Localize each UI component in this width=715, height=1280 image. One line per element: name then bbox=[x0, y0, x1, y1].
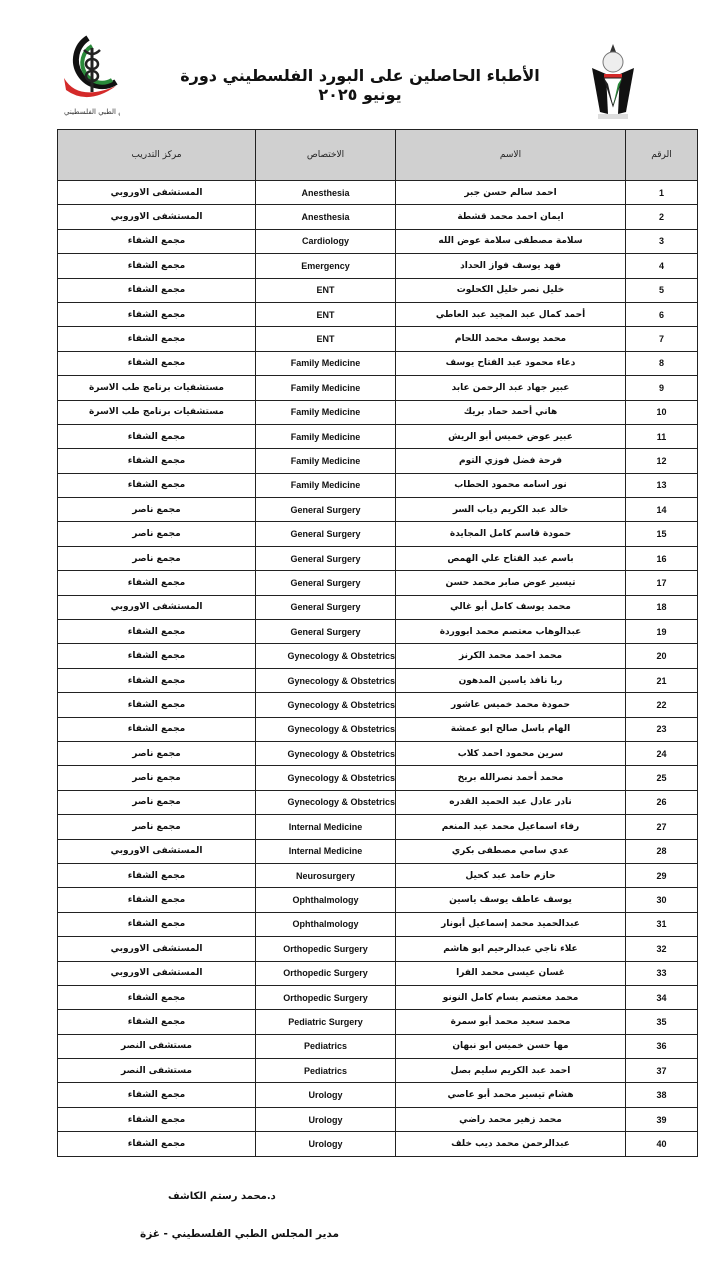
row-number: 14 bbox=[626, 498, 698, 522]
doctor-name: خالد عبد الكريم دياب السر bbox=[396, 498, 626, 522]
training-center: مستشفيات برنامج طب الاسرة bbox=[58, 376, 256, 400]
row-number: 28 bbox=[626, 839, 698, 863]
row-number: 40 bbox=[626, 1132, 698, 1156]
doctor-name: نور اسامه محمود الحطاب bbox=[396, 473, 626, 497]
doctor-name: دعاء محمود عبد الفتاح يوسف bbox=[396, 351, 626, 375]
training-center: مستشفيات برنامج طب الاسرة bbox=[58, 400, 256, 424]
doctor-name: علاء ناجي عبدالرحيم ابو هاشم bbox=[396, 937, 626, 961]
table-row: 12فرحة فضل فوزي التومFamily Medicineمجمع… bbox=[58, 449, 698, 473]
specialty: Urology bbox=[256, 1107, 396, 1131]
table-row: 15حمودة قاسم كامل المجايدةGeneral Surger… bbox=[58, 522, 698, 546]
table-row: 29حازم حامد عبد كحيلNeurosurgeryمجمع الش… bbox=[58, 863, 698, 887]
specialty: Urology bbox=[256, 1132, 396, 1156]
training-center: مجمع الشفاء bbox=[58, 351, 256, 375]
row-number: 11 bbox=[626, 424, 698, 448]
specialty: ENT bbox=[256, 278, 396, 302]
training-center: مجمع الشفاء bbox=[58, 473, 256, 497]
row-number: 18 bbox=[626, 595, 698, 619]
specialty: Family Medicine bbox=[256, 424, 396, 448]
doctor-name: حازم حامد عبد كحيل bbox=[396, 863, 626, 887]
table-row: 14خالد عبد الكريم دياب السرGeneral Surge… bbox=[58, 498, 698, 522]
table-header-row: الرقم الاسم الاختصاص مركز التدريب bbox=[58, 130, 698, 181]
row-number: 16 bbox=[626, 546, 698, 570]
training-center: المستشفى الاوروبي bbox=[58, 595, 256, 619]
doctor-name: عبدالرحمن محمد ديب خلف bbox=[396, 1132, 626, 1156]
row-number: 7 bbox=[626, 327, 698, 351]
row-number: 30 bbox=[626, 888, 698, 912]
row-number: 32 bbox=[626, 937, 698, 961]
training-center: مجمع الشفاء bbox=[58, 302, 256, 326]
table-row: 18محمد يوسف كامل أبو غاليGeneral Surgery… bbox=[58, 595, 698, 619]
specialty: Orthopedic Surgery bbox=[256, 961, 396, 985]
table-body: 1احمد سالم حسن جبرAnesthesiaالمستشفى الا… bbox=[58, 181, 698, 1157]
row-number: 19 bbox=[626, 620, 698, 644]
table-row: 2ايمان احمد محمد قشطةAnesthesiaالمستشفى … bbox=[58, 205, 698, 229]
row-number: 10 bbox=[626, 400, 698, 424]
doctor-name: نادر عادل عبد الحميد القدره bbox=[396, 790, 626, 814]
doctor-name: محمد زهير محمد راضي bbox=[396, 1107, 626, 1131]
table-row: 1احمد سالم حسن جبرAnesthesiaالمستشفى الا… bbox=[58, 181, 698, 205]
table-row: 10هاني أحمد حماد بريكFamily Medicineمستش… bbox=[58, 400, 698, 424]
doctor-name: احمد سالم حسن جبر bbox=[396, 181, 626, 205]
training-center: مجمع الشفاء bbox=[58, 424, 256, 448]
specialty: ENT bbox=[256, 302, 396, 326]
row-number: 39 bbox=[626, 1107, 698, 1131]
table-row: 27رفاء اسماعيل محمد عبد المنعمInternal M… bbox=[58, 815, 698, 839]
specialty: Ophthalmology bbox=[256, 888, 396, 912]
row-number: 23 bbox=[626, 717, 698, 741]
table-row: 30يوسف عاطف يوسف ياسينOphthalmologyمجمع … bbox=[58, 888, 698, 912]
table-row: 24سرين محمود احمد كلابGynecology & Obste… bbox=[58, 741, 698, 765]
palestine-eagle-emblem-icon bbox=[588, 40, 638, 125]
row-number: 36 bbox=[626, 1034, 698, 1058]
svg-text:المجلس الطبي الفلسطيني: المجلس الطبي الفلسطيني bbox=[64, 108, 120, 116]
specialty: Gynecology & Obstetrics bbox=[256, 668, 396, 692]
signatory-role: مدير المجلس الطبي الفلسطيني - غزة bbox=[140, 1228, 339, 1240]
training-center: مجمع الشفاء bbox=[58, 1083, 256, 1107]
row-number: 21 bbox=[626, 668, 698, 692]
doctor-name: هشام تيسير محمد أبو عاصي bbox=[396, 1083, 626, 1107]
table-row: 23الهام باسل صالح ابو عمشةGynecology & O… bbox=[58, 717, 698, 741]
doctor-name: محمد سعيد محمد أبو سمرة bbox=[396, 1010, 626, 1034]
row-number: 13 bbox=[626, 473, 698, 497]
specialty: Pediatrics bbox=[256, 1034, 396, 1058]
row-number: 8 bbox=[626, 351, 698, 375]
row-number: 15 bbox=[626, 522, 698, 546]
doctor-name: خليل نصر خليل الكحلوت bbox=[396, 278, 626, 302]
doctor-name: الهام باسل صالح ابو عمشة bbox=[396, 717, 626, 741]
column-header-name: الاسم bbox=[396, 130, 626, 181]
training-center: مجمع الشفاء bbox=[58, 449, 256, 473]
doctor-name: باسم عبد الفتاح علي الهمص bbox=[396, 546, 626, 570]
doctor-name: هاني أحمد حماد بريك bbox=[396, 400, 626, 424]
doctor-name: حمودة قاسم كامل المجايدة bbox=[396, 522, 626, 546]
training-center: مستشفى النصر bbox=[58, 1059, 256, 1083]
specialty: Pediatrics bbox=[256, 1059, 396, 1083]
training-center: مجمع الشفاء bbox=[58, 229, 256, 253]
row-number: 12 bbox=[626, 449, 698, 473]
table-row: 13نور اسامه محمود الحطابFamily Medicineم… bbox=[58, 473, 698, 497]
specialty: Emergency bbox=[256, 254, 396, 278]
training-center: المستشفى الاوروبي bbox=[58, 937, 256, 961]
row-number: 5 bbox=[626, 278, 698, 302]
row-number: 6 bbox=[626, 302, 698, 326]
doctor-name: محمد معتصم بسام كامل النونو bbox=[396, 985, 626, 1009]
row-number: 35 bbox=[626, 1010, 698, 1034]
row-number: 29 bbox=[626, 863, 698, 887]
training-center: المستشفى الاوروبي bbox=[58, 839, 256, 863]
specialty: Internal Medicine bbox=[256, 839, 396, 863]
specialty: General Surgery bbox=[256, 546, 396, 570]
table-row: 17تيسير عوض صابر محمد حسنGeneral Surgery… bbox=[58, 571, 698, 595]
doctor-name: سلامة مصطفى سلامة عوض الله bbox=[396, 229, 626, 253]
board-graduates-table: الرقم الاسم الاختصاص مركز التدريب 1احمد … bbox=[57, 129, 698, 1157]
table-row: 20محمد احمد محمد الكرنزGynecology & Obst… bbox=[58, 644, 698, 668]
table-row: 5خليل نصر خليل الكحلوتENTمجمع الشفاء bbox=[58, 278, 698, 302]
row-number: 3 bbox=[626, 229, 698, 253]
table-row: 35محمد سعيد محمد أبو سمرةPediatric Surge… bbox=[58, 1010, 698, 1034]
training-center: مجمع ناصر bbox=[58, 546, 256, 570]
training-center: مستشفى النصر bbox=[58, 1034, 256, 1058]
doctor-name: يوسف عاطف يوسف ياسين bbox=[396, 888, 626, 912]
row-number: 2 bbox=[626, 205, 698, 229]
column-header-specialty: الاختصاص bbox=[256, 130, 396, 181]
training-center: مجمع الشفاء bbox=[58, 571, 256, 595]
table-row: 7محمد يوسف محمد اللحامENTمجمع الشفاء bbox=[58, 327, 698, 351]
training-center: مجمع الشفاء bbox=[58, 863, 256, 887]
specialty: Family Medicine bbox=[256, 400, 396, 424]
row-number: 4 bbox=[626, 254, 698, 278]
training-center: مجمع الشفاء bbox=[58, 717, 256, 741]
specialty: Internal Medicine bbox=[256, 815, 396, 839]
specialty: General Surgery bbox=[256, 522, 396, 546]
table-row: 25محمد أحمد نصرالله بريخGynecology & Obs… bbox=[58, 766, 698, 790]
table-row: 28عدي سامي مصطفى بكريInternal Medicineال… bbox=[58, 839, 698, 863]
table-row: 32علاء ناجي عبدالرحيم ابو هاشمOrthopedic… bbox=[58, 937, 698, 961]
table-row: 37احمد عبد الكريم سليم بصلPediatricsمستش… bbox=[58, 1059, 698, 1083]
column-header-number: الرقم bbox=[626, 130, 698, 181]
specialty: Gynecology & Obstetrics bbox=[256, 717, 396, 741]
medical-council-logo-icon: المجلس الطبي الفلسطيني bbox=[58, 30, 120, 122]
page-title: الأطباء الحاصلين على البورد الفلسطيني دو… bbox=[160, 66, 560, 104]
doctor-name: فهد يوسف فواز الحداد bbox=[396, 254, 626, 278]
specialty: Ophthalmology bbox=[256, 912, 396, 936]
table-row: 34محمد معتصم بسام كامل النونوOrthopedic … bbox=[58, 985, 698, 1009]
doctor-name: محمد يوسف كامل أبو غالي bbox=[396, 595, 626, 619]
table-row: 9عبير جهاد عبد الرحمن عابدFamily Medicin… bbox=[58, 376, 698, 400]
training-center: مجمع الشفاء bbox=[58, 327, 256, 351]
training-center: مجمع ناصر bbox=[58, 522, 256, 546]
table-row: 36مها حسن خميس ابو نبهانPediatricsمستشفى… bbox=[58, 1034, 698, 1058]
specialty: Orthopedic Surgery bbox=[256, 985, 396, 1009]
specialty: Gynecology & Obstetrics bbox=[256, 766, 396, 790]
specialty: Orthopedic Surgery bbox=[256, 937, 396, 961]
table-row: 26نادر عادل عبد الحميد القدرهGynecology … bbox=[58, 790, 698, 814]
specialty: ENT bbox=[256, 327, 396, 351]
table-row: 4فهد يوسف فواز الحدادEmergencyمجمع الشفا… bbox=[58, 254, 698, 278]
specialty: Family Medicine bbox=[256, 473, 396, 497]
row-number: 20 bbox=[626, 644, 698, 668]
doctor-name: تيسير عوض صابر محمد حسن bbox=[396, 571, 626, 595]
training-center: مجمع ناصر bbox=[58, 498, 256, 522]
row-number: 33 bbox=[626, 961, 698, 985]
doctor-name: احمد عبد الكريم سليم بصل bbox=[396, 1059, 626, 1083]
doctor-name: ربا نافذ ياسين المدهون bbox=[396, 668, 626, 692]
doctor-name: رفاء اسماعيل محمد عبد المنعم bbox=[396, 815, 626, 839]
specialty: Cardiology bbox=[256, 229, 396, 253]
doctor-name: محمد أحمد نصرالله بريخ bbox=[396, 766, 626, 790]
training-center: مجمع ناصر bbox=[58, 741, 256, 765]
specialty: Anesthesia bbox=[256, 181, 396, 205]
doctor-name: محمد احمد محمد الكرنز bbox=[396, 644, 626, 668]
doctor-name: غسان عيسى محمد الفرا bbox=[396, 961, 626, 985]
table-row: 3سلامة مصطفى سلامة عوض اللهCardiologyمجم… bbox=[58, 229, 698, 253]
table-row: 11عبير عوض خميس أبو الريشFamily Medicine… bbox=[58, 424, 698, 448]
doctor-name: عبير جهاد عبد الرحمن عابد bbox=[396, 376, 626, 400]
doctor-name: عبير عوض خميس أبو الريش bbox=[396, 424, 626, 448]
row-number: 1 bbox=[626, 181, 698, 205]
specialty: General Surgery bbox=[256, 571, 396, 595]
row-number: 24 bbox=[626, 741, 698, 765]
row-number: 17 bbox=[626, 571, 698, 595]
specialty: Family Medicine bbox=[256, 351, 396, 375]
specialty: Gynecology & Obstetrics bbox=[256, 790, 396, 814]
training-center: مجمع الشفاء bbox=[58, 1107, 256, 1131]
table-row: 16باسم عبد الفتاح علي الهمصGeneral Surge… bbox=[58, 546, 698, 570]
column-header-training-center: مركز التدريب bbox=[58, 130, 256, 181]
doctor-name: مها حسن خميس ابو نبهان bbox=[396, 1034, 626, 1058]
training-center: المستشفى الاوروبي bbox=[58, 181, 256, 205]
table-row: 21ربا نافذ ياسين المدهونGynecology & Obs… bbox=[58, 668, 698, 692]
doctor-name: ايمان احمد محمد قشطة bbox=[396, 205, 626, 229]
training-center: مجمع الشفاء bbox=[58, 1132, 256, 1156]
training-center: مجمع الشفاء bbox=[58, 644, 256, 668]
doctor-name: حمودة محمد خميس عاشور bbox=[396, 693, 626, 717]
table-row: 31عبدالحميد محمد إسماعيل أبونارOphthalmo… bbox=[58, 912, 698, 936]
doctor-name: سرين محمود احمد كلاب bbox=[396, 741, 626, 765]
training-center: مجمع الشفاء bbox=[58, 985, 256, 1009]
specialty: General Surgery bbox=[256, 498, 396, 522]
specialty: Family Medicine bbox=[256, 449, 396, 473]
specialty: General Surgery bbox=[256, 595, 396, 619]
doctor-name: عبدالوهاب معتصم محمد ابووردة bbox=[396, 620, 626, 644]
specialty: Neurosurgery bbox=[256, 863, 396, 887]
specialty: Gynecology & Obstetrics bbox=[256, 741, 396, 765]
table-row: 19عبدالوهاب معتصم محمد ابووردةGeneral Su… bbox=[58, 620, 698, 644]
training-center: مجمع الشفاء bbox=[58, 254, 256, 278]
row-number: 34 bbox=[626, 985, 698, 1009]
doctor-name: عبدالحميد محمد إسماعيل أبونار bbox=[396, 912, 626, 936]
doctor-name: محمد يوسف محمد اللحام bbox=[396, 327, 626, 351]
row-number: 31 bbox=[626, 912, 698, 936]
row-number: 38 bbox=[626, 1083, 698, 1107]
training-center: مجمع ناصر bbox=[58, 790, 256, 814]
signatory-name: د.محمد رستم الكاشف bbox=[168, 1191, 276, 1202]
training-center: المستشفى الاوروبي bbox=[58, 205, 256, 229]
specialty: Pediatric Surgery bbox=[256, 1010, 396, 1034]
row-number: 26 bbox=[626, 790, 698, 814]
table-row: 6أحمد كمال عبد المجيد عبد العاطيENTمجمع … bbox=[58, 302, 698, 326]
row-number: 27 bbox=[626, 815, 698, 839]
table-row: 33غسان عيسى محمد الفراOrthopedic Surgery… bbox=[58, 961, 698, 985]
row-number: 22 bbox=[626, 693, 698, 717]
specialty: Anesthesia bbox=[256, 205, 396, 229]
training-center: مجمع الشفاء bbox=[58, 1010, 256, 1034]
training-center: مجمع الشفاء bbox=[58, 668, 256, 692]
training-center: مجمع ناصر bbox=[58, 815, 256, 839]
doctor-name: أحمد كمال عبد المجيد عبد العاطي bbox=[396, 302, 626, 326]
specialty: Urology bbox=[256, 1083, 396, 1107]
training-center: مجمع الشفاء bbox=[58, 278, 256, 302]
document-header: المجلس الطبي الفلسطيني الأطباء الحاصلين … bbox=[0, 0, 715, 130]
table-row: 39محمد زهير محمد راضيUrologyمجمع الشفاء bbox=[58, 1107, 698, 1131]
table-row: 38هشام تيسير محمد أبو عاصيUrologyمجمع ال… bbox=[58, 1083, 698, 1107]
training-center: المستشفى الاوروبي bbox=[58, 961, 256, 985]
training-center: مجمع الشفاء bbox=[58, 888, 256, 912]
doctor-name: فرحة فضل فوزي التوم bbox=[396, 449, 626, 473]
table-row: 22حمودة محمد خميس عاشورGynecology & Obst… bbox=[58, 693, 698, 717]
training-center: مجمع الشفاء bbox=[58, 912, 256, 936]
table-row: 8دعاء محمود عبد الفتاح يوسفFamily Medici… bbox=[58, 351, 698, 375]
row-number: 37 bbox=[626, 1059, 698, 1083]
training-center: مجمع الشفاء bbox=[58, 620, 256, 644]
row-number: 9 bbox=[626, 376, 698, 400]
table-row: 40عبدالرحمن محمد ديب خلفUrologyمجمع الشف… bbox=[58, 1132, 698, 1156]
training-center: مجمع ناصر bbox=[58, 766, 256, 790]
specialty: Gynecology & Obstetrics bbox=[256, 644, 396, 668]
row-number: 25 bbox=[626, 766, 698, 790]
specialty: General Surgery bbox=[256, 620, 396, 644]
training-center: مجمع الشفاء bbox=[58, 693, 256, 717]
specialty: Family Medicine bbox=[256, 376, 396, 400]
specialty: Gynecology & Obstetrics bbox=[256, 693, 396, 717]
doctor-name: عدي سامي مصطفى بكري bbox=[396, 839, 626, 863]
